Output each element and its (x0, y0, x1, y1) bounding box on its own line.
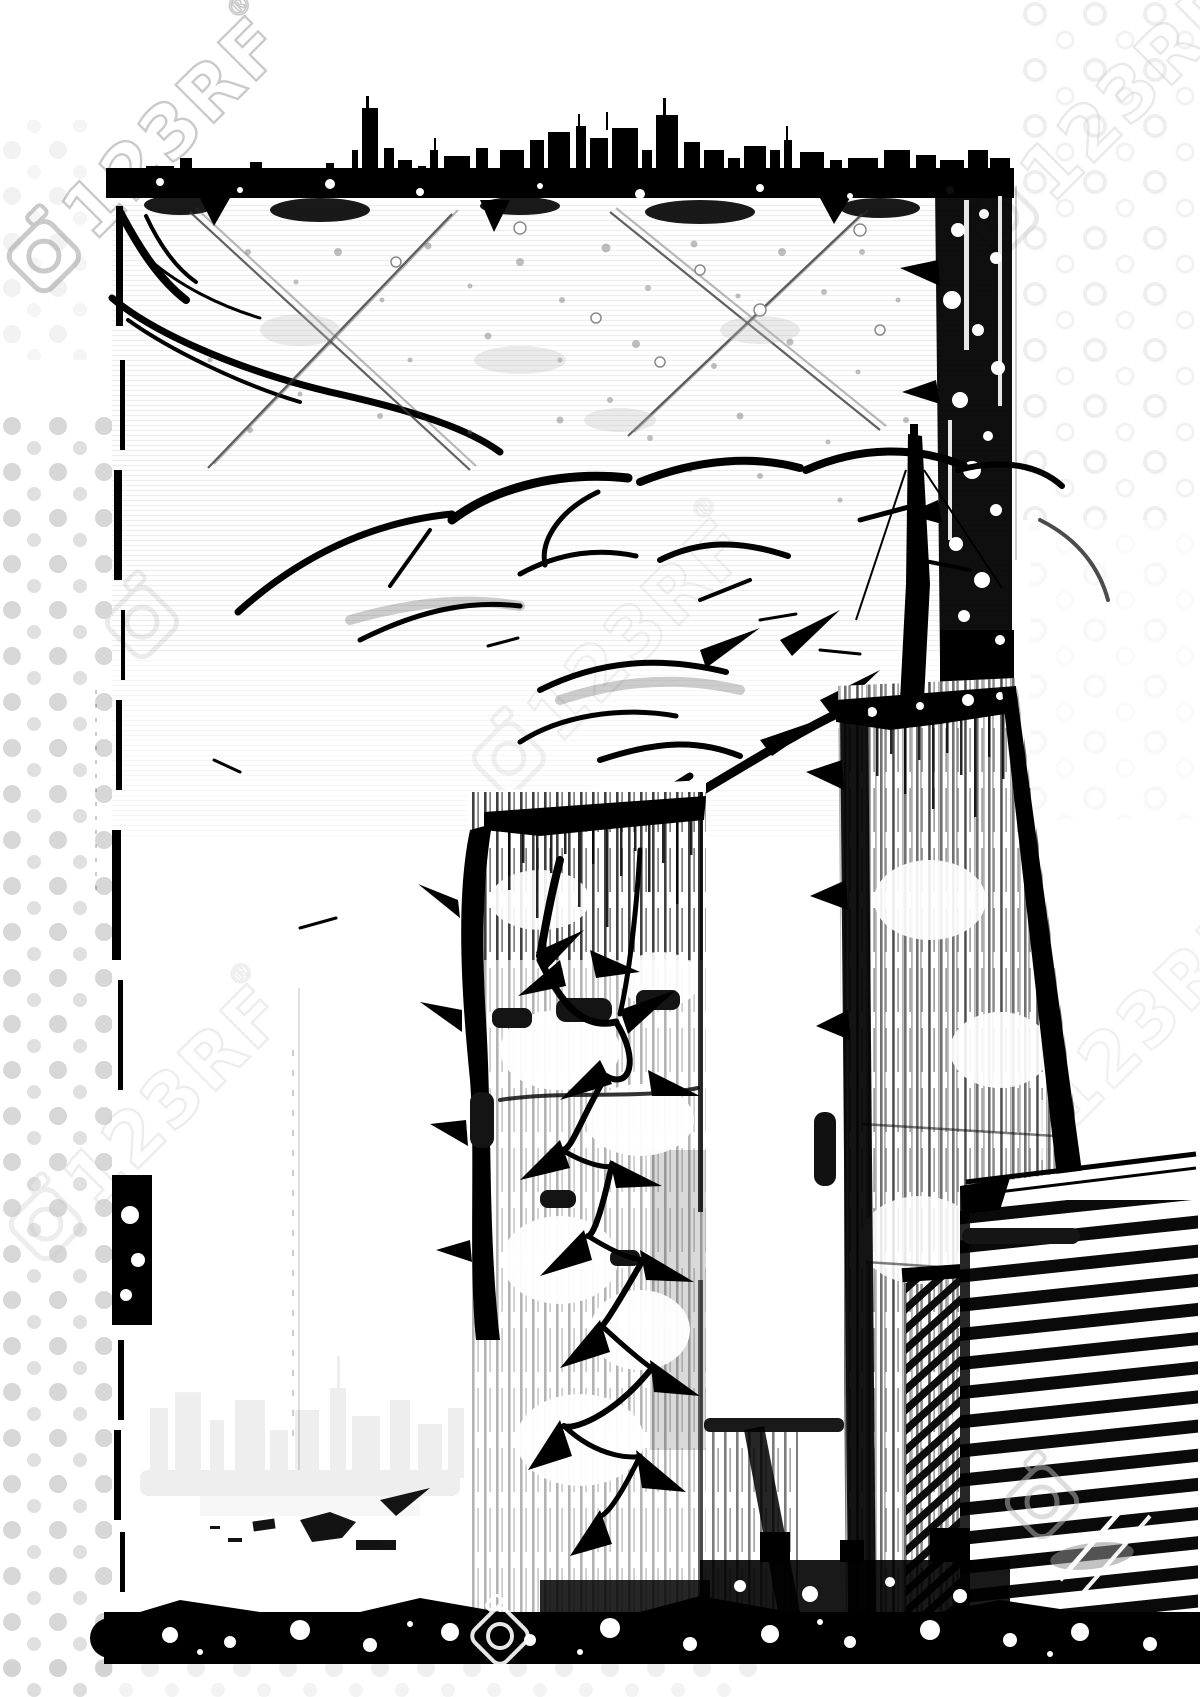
grunge-city-illustration: 123RF ® (0, 0, 1200, 1697)
stock-illustration-page: 123RF ® (0, 0, 1200, 1697)
striped-building (955, 1154, 1200, 1630)
